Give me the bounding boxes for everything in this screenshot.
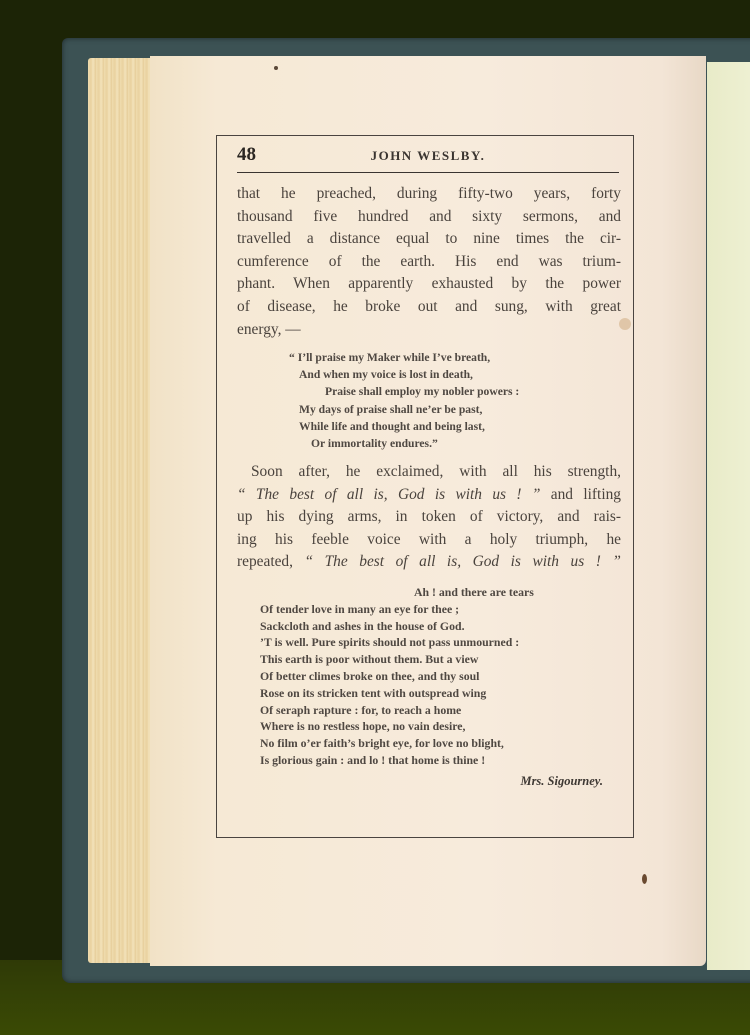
- text-line: Soon after, he exclaimed, with all his s…: [237, 461, 621, 484]
- text-line: energy, —: [237, 319, 621, 342]
- verse-line: No film o’er faith’s bright eye, for lov…: [260, 735, 534, 752]
- text-line: that he preached, during fifty-two years…: [237, 183, 621, 206]
- text-line: up his dying arms, in token of victory, …: [237, 506, 621, 529]
- paragraph-2: Soon after, he exclaimed, with all his s…: [237, 461, 621, 574]
- text-frame: 48 JOHN WESLBY. that he preached, during…: [216, 135, 634, 838]
- verse-line: Is glorious gain : and lo ! that home is…: [260, 752, 534, 769]
- foxing-spot: [642, 874, 647, 884]
- page-edges: [88, 58, 158, 963]
- right-page: [707, 62, 750, 970]
- text-line: of disease, he broke out and sung, with …: [237, 296, 621, 319]
- verse-line: My days of praise shall ne’er be past,: [289, 401, 519, 418]
- verse-line: Of seraph rapture : for, to reach a home: [260, 702, 534, 719]
- text-line: thousand five hundred and sixty sermons,…: [237, 206, 621, 229]
- text-line: phant. When apparently exhausted by the …: [237, 273, 621, 296]
- poem: Ah ! and there are tears Of tender love …: [260, 584, 534, 769]
- paragraph-1: that he preached, during fifty-two years…: [237, 183, 621, 341]
- page-header: 48 JOHN WESLBY.: [237, 144, 619, 173]
- verse-line: Where is no restless hope, no vain desir…: [260, 718, 534, 735]
- poem-attribution: Mrs. Sigourney.: [520, 774, 603, 789]
- text-fragment: and lifting: [540, 486, 621, 503]
- italic-quote: “ The best of all is, God is with us ! ”: [237, 486, 540, 503]
- verse-line: Ah ! and there are tears: [260, 584, 534, 601]
- italic-quote: “ The best of all is, God is with us ! ”: [305, 553, 621, 570]
- text-line: repeated, “ The best of all is, God is w…: [237, 551, 621, 574]
- text-line: cumference of the earth. His end was tri…: [237, 251, 621, 274]
- text-line: “ The best of all is, God is with us ! ”…: [237, 484, 621, 507]
- verse-line: Or immortality endures.”: [289, 435, 519, 452]
- verse-line: “ I’ll praise my Maker while I’ve breath…: [289, 349, 519, 366]
- text-line: ing his feeble voice with a holy triumph…: [237, 529, 621, 552]
- verse-line: Of better climes broke on thee, and thy …: [260, 668, 534, 685]
- ink-spot: [274, 66, 278, 70]
- running-head: JOHN WESLBY.: [237, 148, 619, 164]
- verse-line: ’T is well. Pure spirits should not pass…: [260, 634, 534, 651]
- text-fragment: repeated,: [237, 553, 305, 570]
- verse-line: Rose on its stricken tent with outspread…: [260, 685, 534, 702]
- verse-line: While life and thought and being last,: [289, 418, 519, 435]
- hymn-quote: “ I’ll praise my Maker while I’ve breath…: [289, 349, 519, 452]
- verse-line: This earth is poor without them. But a v…: [260, 651, 534, 668]
- text-line: travelled a distance equal to nine times…: [237, 228, 621, 251]
- verse-line: And when my voice is lost in death,: [289, 366, 519, 383]
- verse-line: Of tender love in many an eye for thee ;: [260, 601, 534, 618]
- verse-line: Praise shall employ my nobler powers :: [289, 383, 519, 400]
- verse-line: Sackcloth and ashes in the house of God.: [260, 618, 534, 635]
